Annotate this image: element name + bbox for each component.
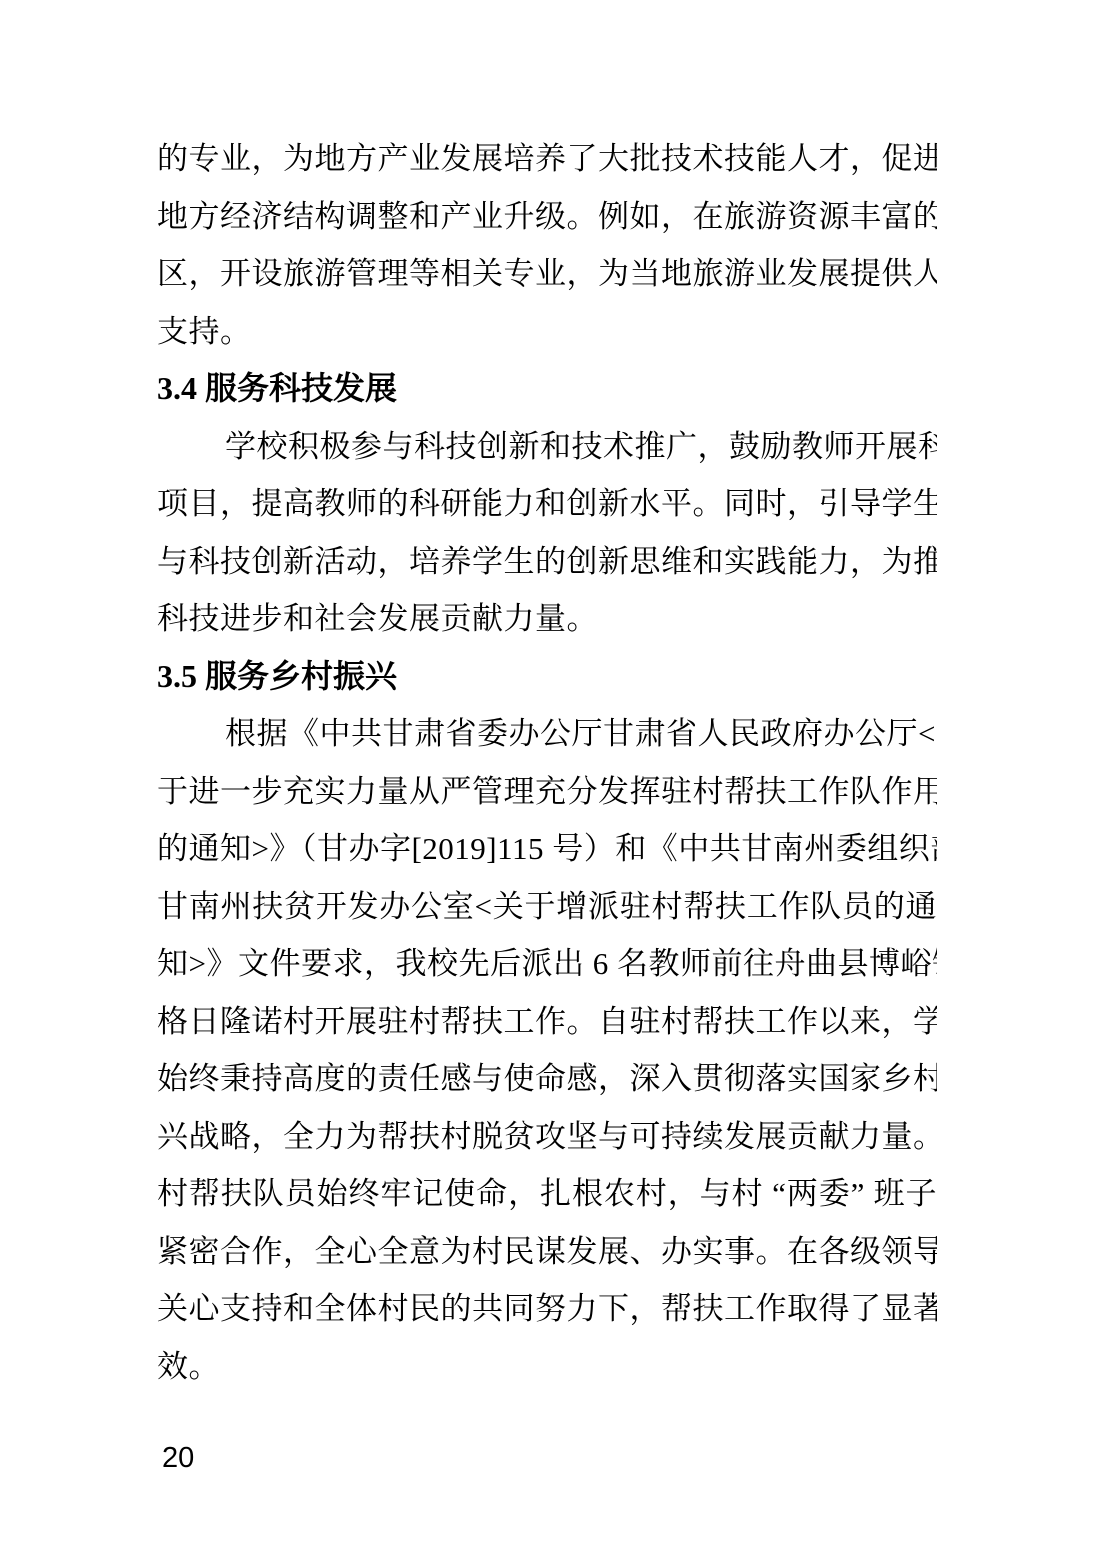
text-line: 与科技创新活动，培养学生的创新思维和实践能力，为推动: [157, 533, 937, 591]
text-line: 项目，提高教师的科研能力和创新水平。同时，引导学生参: [157, 475, 937, 533]
text-line: 紧密合作，全心全意为村民谋发展、办实事。在各级领导的: [157, 1223, 937, 1281]
section-heading-3-4: 3.4 服务科技发展: [157, 360, 937, 418]
section-heading-3-5: 3.5 服务乡村振兴: [157, 648, 937, 706]
text-line: 的专业，为地方产业发展培养了大批技术技能人才，促进了: [157, 130, 937, 188]
paragraph-local-industry: 的专业，为地方产业发展培养了大批技术技能人才，促进了 地方经济结构调整和产业升级…: [157, 130, 937, 360]
text-line: 学校积极参与科技创新和技术推广，鼓励教师开展科研: [157, 418, 937, 476]
text-line: 村帮扶队员始终牢记使命，扎根农村，与村 “两委” 班子: [157, 1165, 937, 1223]
text-line: 关心支持和全体村民的共同努力下，帮扶工作取得了显著成: [157, 1280, 937, 1338]
text-line: 地方经济结构调整和产业升级。例如，在旅游资源丰富的地: [157, 188, 937, 246]
paragraph-science: 学校积极参与科技创新和技术推广，鼓励教师开展科研 项目，提高教师的科研能力和创新…: [157, 418, 937, 648]
text-line: 科技进步和社会发展贡献力量。: [157, 590, 937, 648]
text-line: 根据《中共甘肃省委办公厅甘肃省人民政府办公厅<关: [157, 705, 937, 763]
text-line: 支持。: [157, 303, 937, 361]
text-line: 兴战略，全力为帮扶村脱贫攻坚与可持续发展贡献力量。驻: [157, 1108, 937, 1166]
text-line: 知>》文件要求，我校先后派出 6 名教师前往舟曲县博峪镇: [157, 935, 937, 993]
text-line: 甘南州扶贫开发办公室<关于增派驻村帮扶工作队员的通: [157, 878, 937, 936]
text-line: 的通知>》（甘办字[2019]115 号）和《中共甘南州委组织部: [157, 820, 937, 878]
page-number: 20: [162, 1438, 194, 1478]
document-content: 的专业，为地方产业发展培养了大批技术技能人才，促进了 地方经济结构调整和产业升级…: [157, 130, 937, 1395]
text-line: 始终秉持高度的责任感与使命感，深入贯彻落实国家乡村振: [157, 1050, 937, 1108]
text-line: 格日隆诺村开展驻村帮扶工作。自驻村帮扶工作以来，学校: [157, 993, 937, 1051]
text-line: 效。: [157, 1338, 937, 1396]
text-line: 区，开设旅游管理等相关专业，为当地旅游业发展提供人才: [157, 245, 937, 303]
paragraph-rural: 根据《中共甘肃省委办公厅甘肃省人民政府办公厅<关 于进一步充实力量从严管理充分发…: [157, 705, 937, 1395]
text-line: 于进一步充实力量从严管理充分发挥驻村帮扶工作队作用: [157, 763, 937, 821]
document-page: 的专业，为地方产业发展培养了大批技术技能人才，促进了 地方经济结构调整和产业升级…: [0, 0, 1102, 1559]
